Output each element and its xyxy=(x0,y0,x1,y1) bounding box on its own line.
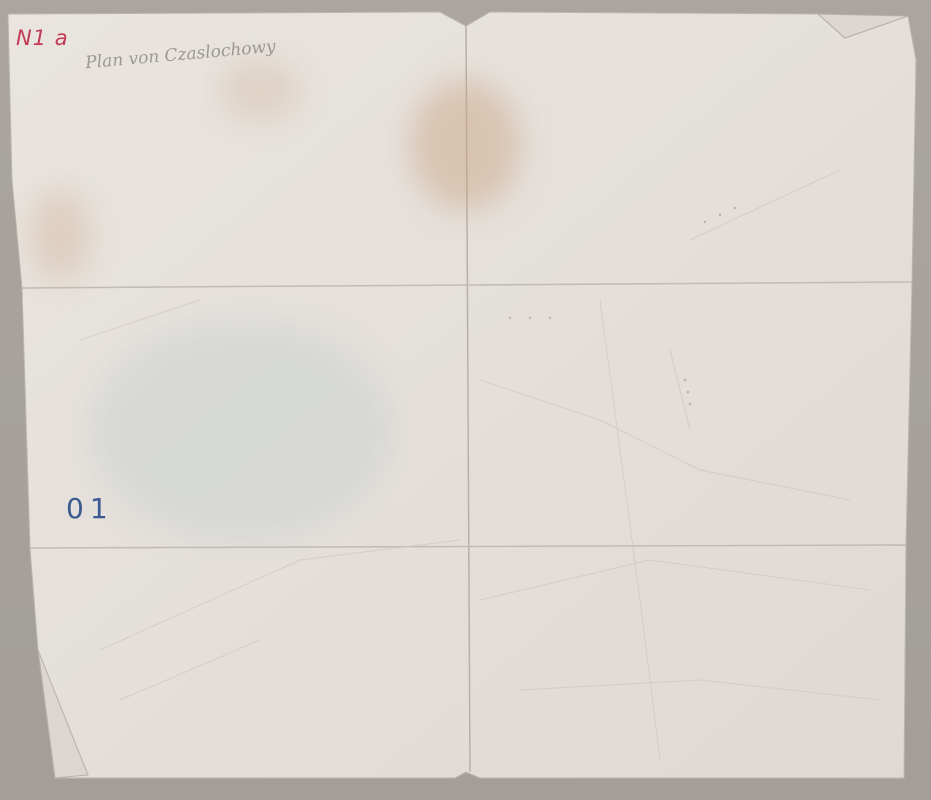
folded-map-paper xyxy=(0,0,931,800)
water-stain-top xyxy=(220,60,300,120)
water-stain-center xyxy=(410,80,520,210)
blue-number-annotation: 01 xyxy=(66,492,114,525)
water-stain-left xyxy=(30,190,90,280)
catalog-mark-annotation: N1 a xyxy=(16,26,69,50)
blue-tint-area xyxy=(90,320,390,540)
